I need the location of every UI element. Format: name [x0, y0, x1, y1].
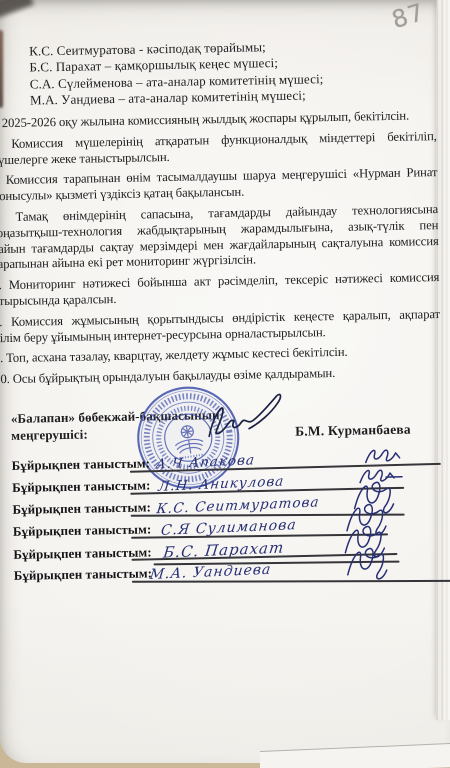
scanned-document-photo: 87 К.С. Сеитмуратова - кәсіподақ төрайым…	[0, 0, 450, 768]
signature-line	[132, 580, 450, 582]
document-body: К.С. Сеитмуратова - кәсіподақ төрайымы;Б…	[0, 0, 450, 768]
signature-scribble-icon	[343, 544, 392, 587]
acknowledgement-rows: Бұйрықпен таныстым:А.Ч АпаковаБұйрықпен …	[0, 0, 450, 768]
